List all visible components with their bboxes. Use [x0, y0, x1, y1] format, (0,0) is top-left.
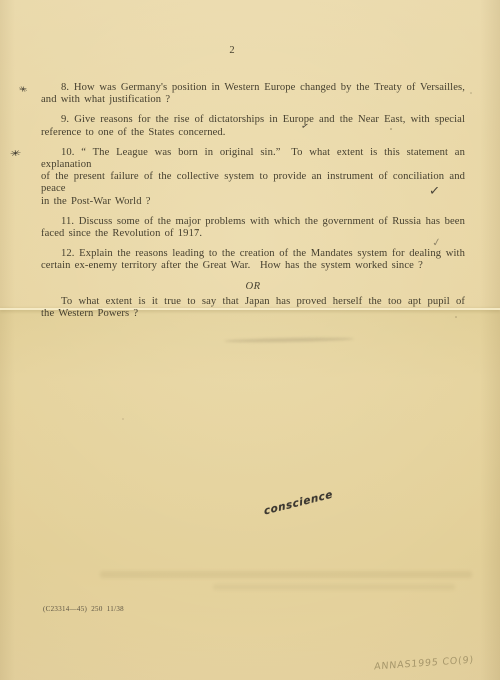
alt-question-line: the Western Powers ? [41, 308, 465, 320]
or-separator: OR [41, 281, 465, 293]
paper-speck [122, 418, 124, 420]
paper-speck [390, 128, 392, 130]
scanned-paper-page: 2 8. How was Germany's position in Weste… [0, 0, 500, 680]
printers-imprint: (C23314—45) 250 11/38 [43, 605, 124, 613]
pencil-smudge [224, 337, 354, 343]
question-12-line: certain ex-enemy territory after the Gre… [41, 260, 465, 272]
paper-speck [455, 316, 457, 318]
question-8-line: 8. How was Germany's position in Western… [41, 82, 465, 94]
showthrough-text-ghost [213, 584, 455, 590]
question-10-line: in the Post-War World ? [41, 196, 465, 208]
paper-speck [196, 229, 198, 231]
pencil-tick-mark-q11: ✓ [428, 184, 440, 200]
question-9-line: reference to one of the States concerned… [41, 127, 465, 139]
question-12-alternative: To what extent is it true to say that Ja… [41, 296, 465, 320]
paper-speck [470, 92, 472, 94]
question-11-line: faced since the Revolution of 1917. [41, 228, 465, 240]
handwritten-word-conscience: conscience [263, 488, 334, 517]
question-9: 9. Give reasons for the rise of dictator… [41, 114, 465, 138]
page-number: 2 [0, 45, 464, 56]
question-10: 10. “ The League was born in original si… [41, 147, 465, 208]
question-text-block: 8. How was Germany's position in Western… [41, 82, 465, 328]
question-10-line: 10. “ The League was born in original si… [41, 147, 465, 171]
showthrough-text-ghost [100, 571, 472, 578]
handwritten-archive-reference: ANNAS1995 CO(9) [374, 654, 474, 672]
pencil-asterisk-mark-q8: ✳ [17, 85, 28, 96]
question-9-line: 9. Give reasons for the rise of dictator… [41, 114, 465, 126]
question-8-line: and with what justification ? [41, 94, 465, 106]
question-11-line: 11. Discuss some of the major problems w… [41, 216, 465, 228]
question-8: 8. How was Germany's position in Western… [41, 82, 465, 106]
pencil-tick-mark-q12: ✓ [431, 235, 442, 249]
question-10-line: of the present failure of the collective… [41, 171, 465, 195]
alt-question-line: To what extent is it true to say that Ja… [41, 296, 465, 308]
question-12-line: 12. Explain the reasons leading to the c… [41, 248, 465, 260]
question-12: 12. Explain the reasons leading to the c… [41, 248, 465, 272]
question-11: 11. Discuss some of the major problems w… [41, 216, 465, 240]
pencil-asterisk-mark-q10: ✳ [9, 148, 22, 159]
